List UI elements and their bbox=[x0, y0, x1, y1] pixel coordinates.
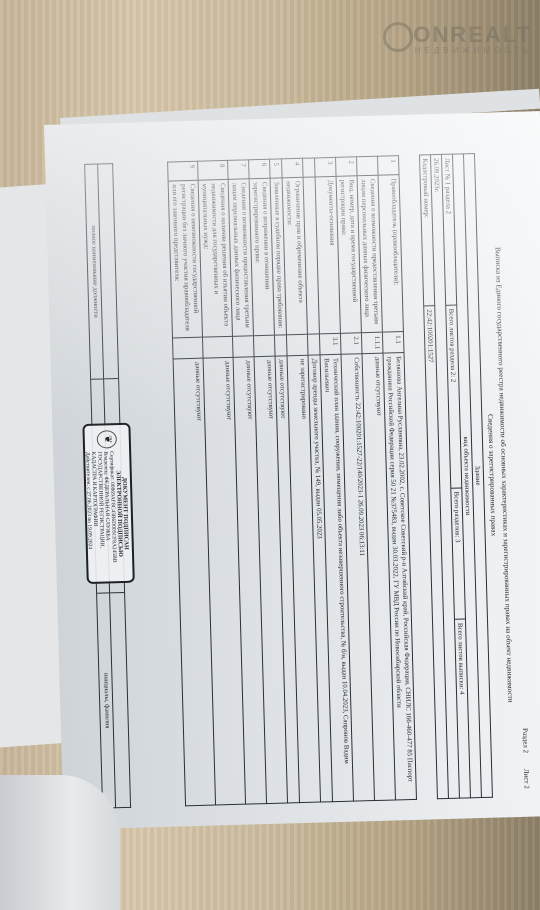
stamp-owner: Владелец: ФЕДЕРАЛЬНАЯ СЛУЖБА ГОСУДАРСТВЕ… bbox=[90, 451, 111, 576]
rights-table: 1Правообладатель (правообладатели):1.1Бе… bbox=[167, 155, 417, 806]
watermark: ONREALT НЕДВИЖИМОСТЬ bbox=[413, 22, 532, 55]
row-label: Сведения о наличии решения об изъятии об… bbox=[198, 179, 232, 337]
row-label: Сведения о возможности предоставления тр… bbox=[357, 175, 382, 333]
row-subnumber: 3.1 bbox=[319, 333, 341, 355]
row-number: 9 bbox=[168, 161, 199, 181]
row-subnumber bbox=[253, 335, 275, 357]
row-subnumber bbox=[274, 335, 287, 356]
row-number: 8 bbox=[198, 160, 229, 180]
row-subnumber: 2.1 bbox=[340, 333, 362, 355]
row-label: Сведения о невозможности государственной… bbox=[168, 180, 202, 338]
watermark-subtitle: НЕДВИЖИМОСТЬ bbox=[413, 46, 532, 55]
row-label: Правообладатель (правообладатели): bbox=[378, 175, 403, 333]
curled-page-corner bbox=[0, 775, 120, 910]
sheet-number: Лист 2 bbox=[522, 769, 531, 789]
row-subnumber: 1.1 bbox=[382, 332, 404, 354]
row-number: 1 bbox=[378, 156, 400, 176]
sheet-header: Раздел 2 Лист 2 bbox=[521, 714, 531, 789]
row-number: 6 bbox=[249, 159, 271, 179]
section-number: Раздел 2 bbox=[521, 728, 530, 753]
row-number bbox=[357, 156, 379, 176]
row-number: 7 bbox=[228, 160, 250, 180]
row-subnumber: 1.1.1 bbox=[361, 332, 383, 354]
electronic-signature-stamp: ❦ ДОКУМЕНТ ПОДПИСАН ЭЛЕКТРОННОЙ ПОДПИСЬЮ… bbox=[82, 423, 134, 584]
row-label: Сведения о возможности предоставления тр… bbox=[228, 179, 253, 337]
document-photo: Раздел 2 Лист 2 Выписка из Единого госуд… bbox=[44, 111, 540, 830]
row-label: Сведения о возражении в отношении зареги… bbox=[249, 178, 274, 336]
row-number: 4 bbox=[282, 158, 304, 178]
row-label: Вид, номер, дата и время государственной… bbox=[336, 176, 361, 334]
watermark-brand: ONREALT bbox=[413, 22, 532, 48]
row-number: 5 bbox=[270, 159, 283, 178]
row-label: Документы-основания bbox=[315, 176, 340, 334]
row-subnumber bbox=[202, 336, 233, 358]
row-subnumber bbox=[307, 334, 320, 355]
document-sheet: Раздел 2 Лист 2 Выписка из Единого госуд… bbox=[44, 111, 540, 830]
row-subnumber bbox=[232, 336, 254, 358]
row-number: 3 bbox=[315, 157, 337, 177]
coat-of-arms-icon: ❦ bbox=[97, 430, 117, 449]
row-number bbox=[303, 158, 316, 177]
row-number: 2 bbox=[336, 157, 358, 177]
row-label: Ограничение прав и обременение объекта н… bbox=[282, 177, 307, 335]
row-subnumber bbox=[172, 337, 203, 359]
row-subnumber bbox=[286, 334, 308, 356]
